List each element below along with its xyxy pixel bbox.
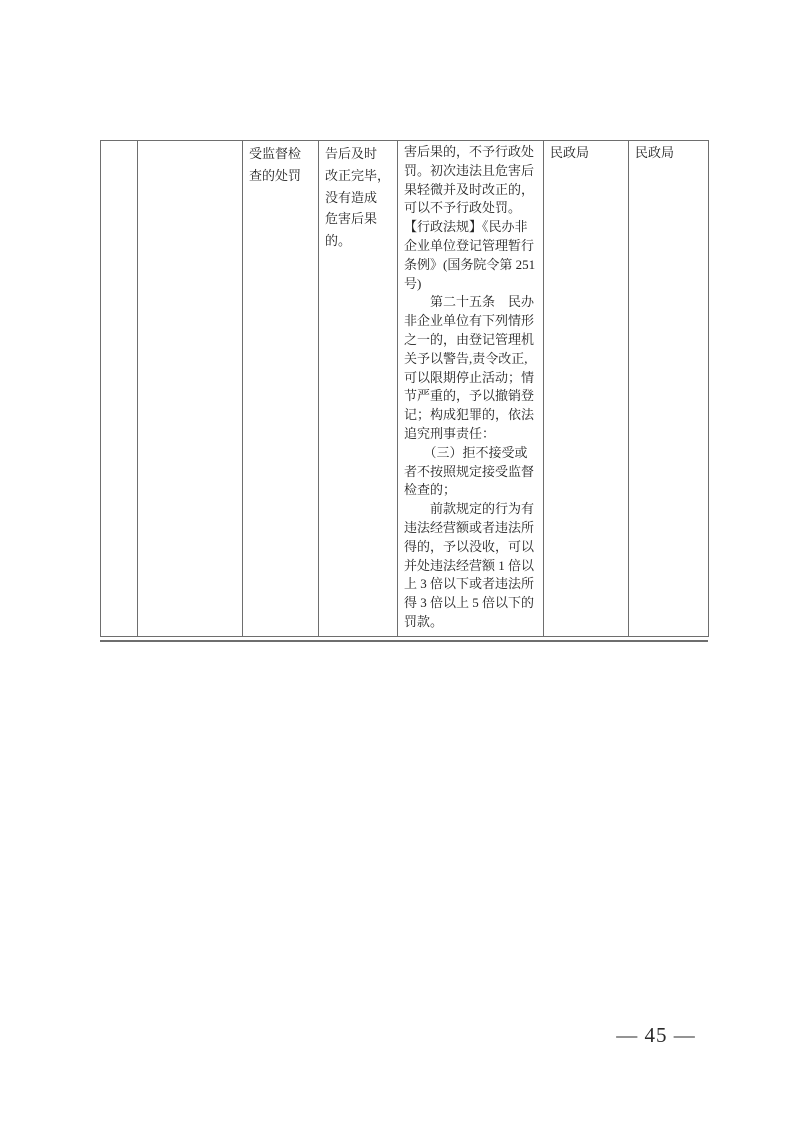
table-bottom-rule	[100, 640, 708, 642]
table-row: 受监督检 查的处罚 告后及时 改正完毕， 没有造成 危害后果 的。 害后果的，不…	[101, 141, 709, 637]
page-number: — 45 —	[600, 1023, 712, 1048]
cell-responsible-agency: 民政局	[629, 141, 709, 637]
cell-implementing-agency: 民政局	[544, 141, 629, 637]
document-page: 受监督检 查的处罚 告后及时 改正完毕， 没有造成 危害后果 的。 害后果的，不…	[0, 0, 800, 1131]
cell-power-name	[138, 141, 243, 637]
cell-sequence-number	[101, 141, 138, 637]
cell-legal-basis: 害后果的，不予行政处 罚。初次违法且危害后 果轻微并及时改正的， 可以不予行政处…	[398, 141, 544, 637]
penalty-table: 受监督检 查的处罚 告后及时 改正完毕， 没有造成 危害后果 的。 害后果的，不…	[100, 140, 709, 637]
cell-sub-item: 受监督检 查的处罚	[243, 141, 319, 637]
cell-discretion-condition: 告后及时 改正完毕， 没有造成 危害后果 的。	[319, 141, 398, 637]
penalty-table-wrap: 受监督检 查的处罚 告后及时 改正完毕， 没有造成 危害后果 的。 害后果的，不…	[100, 140, 708, 642]
